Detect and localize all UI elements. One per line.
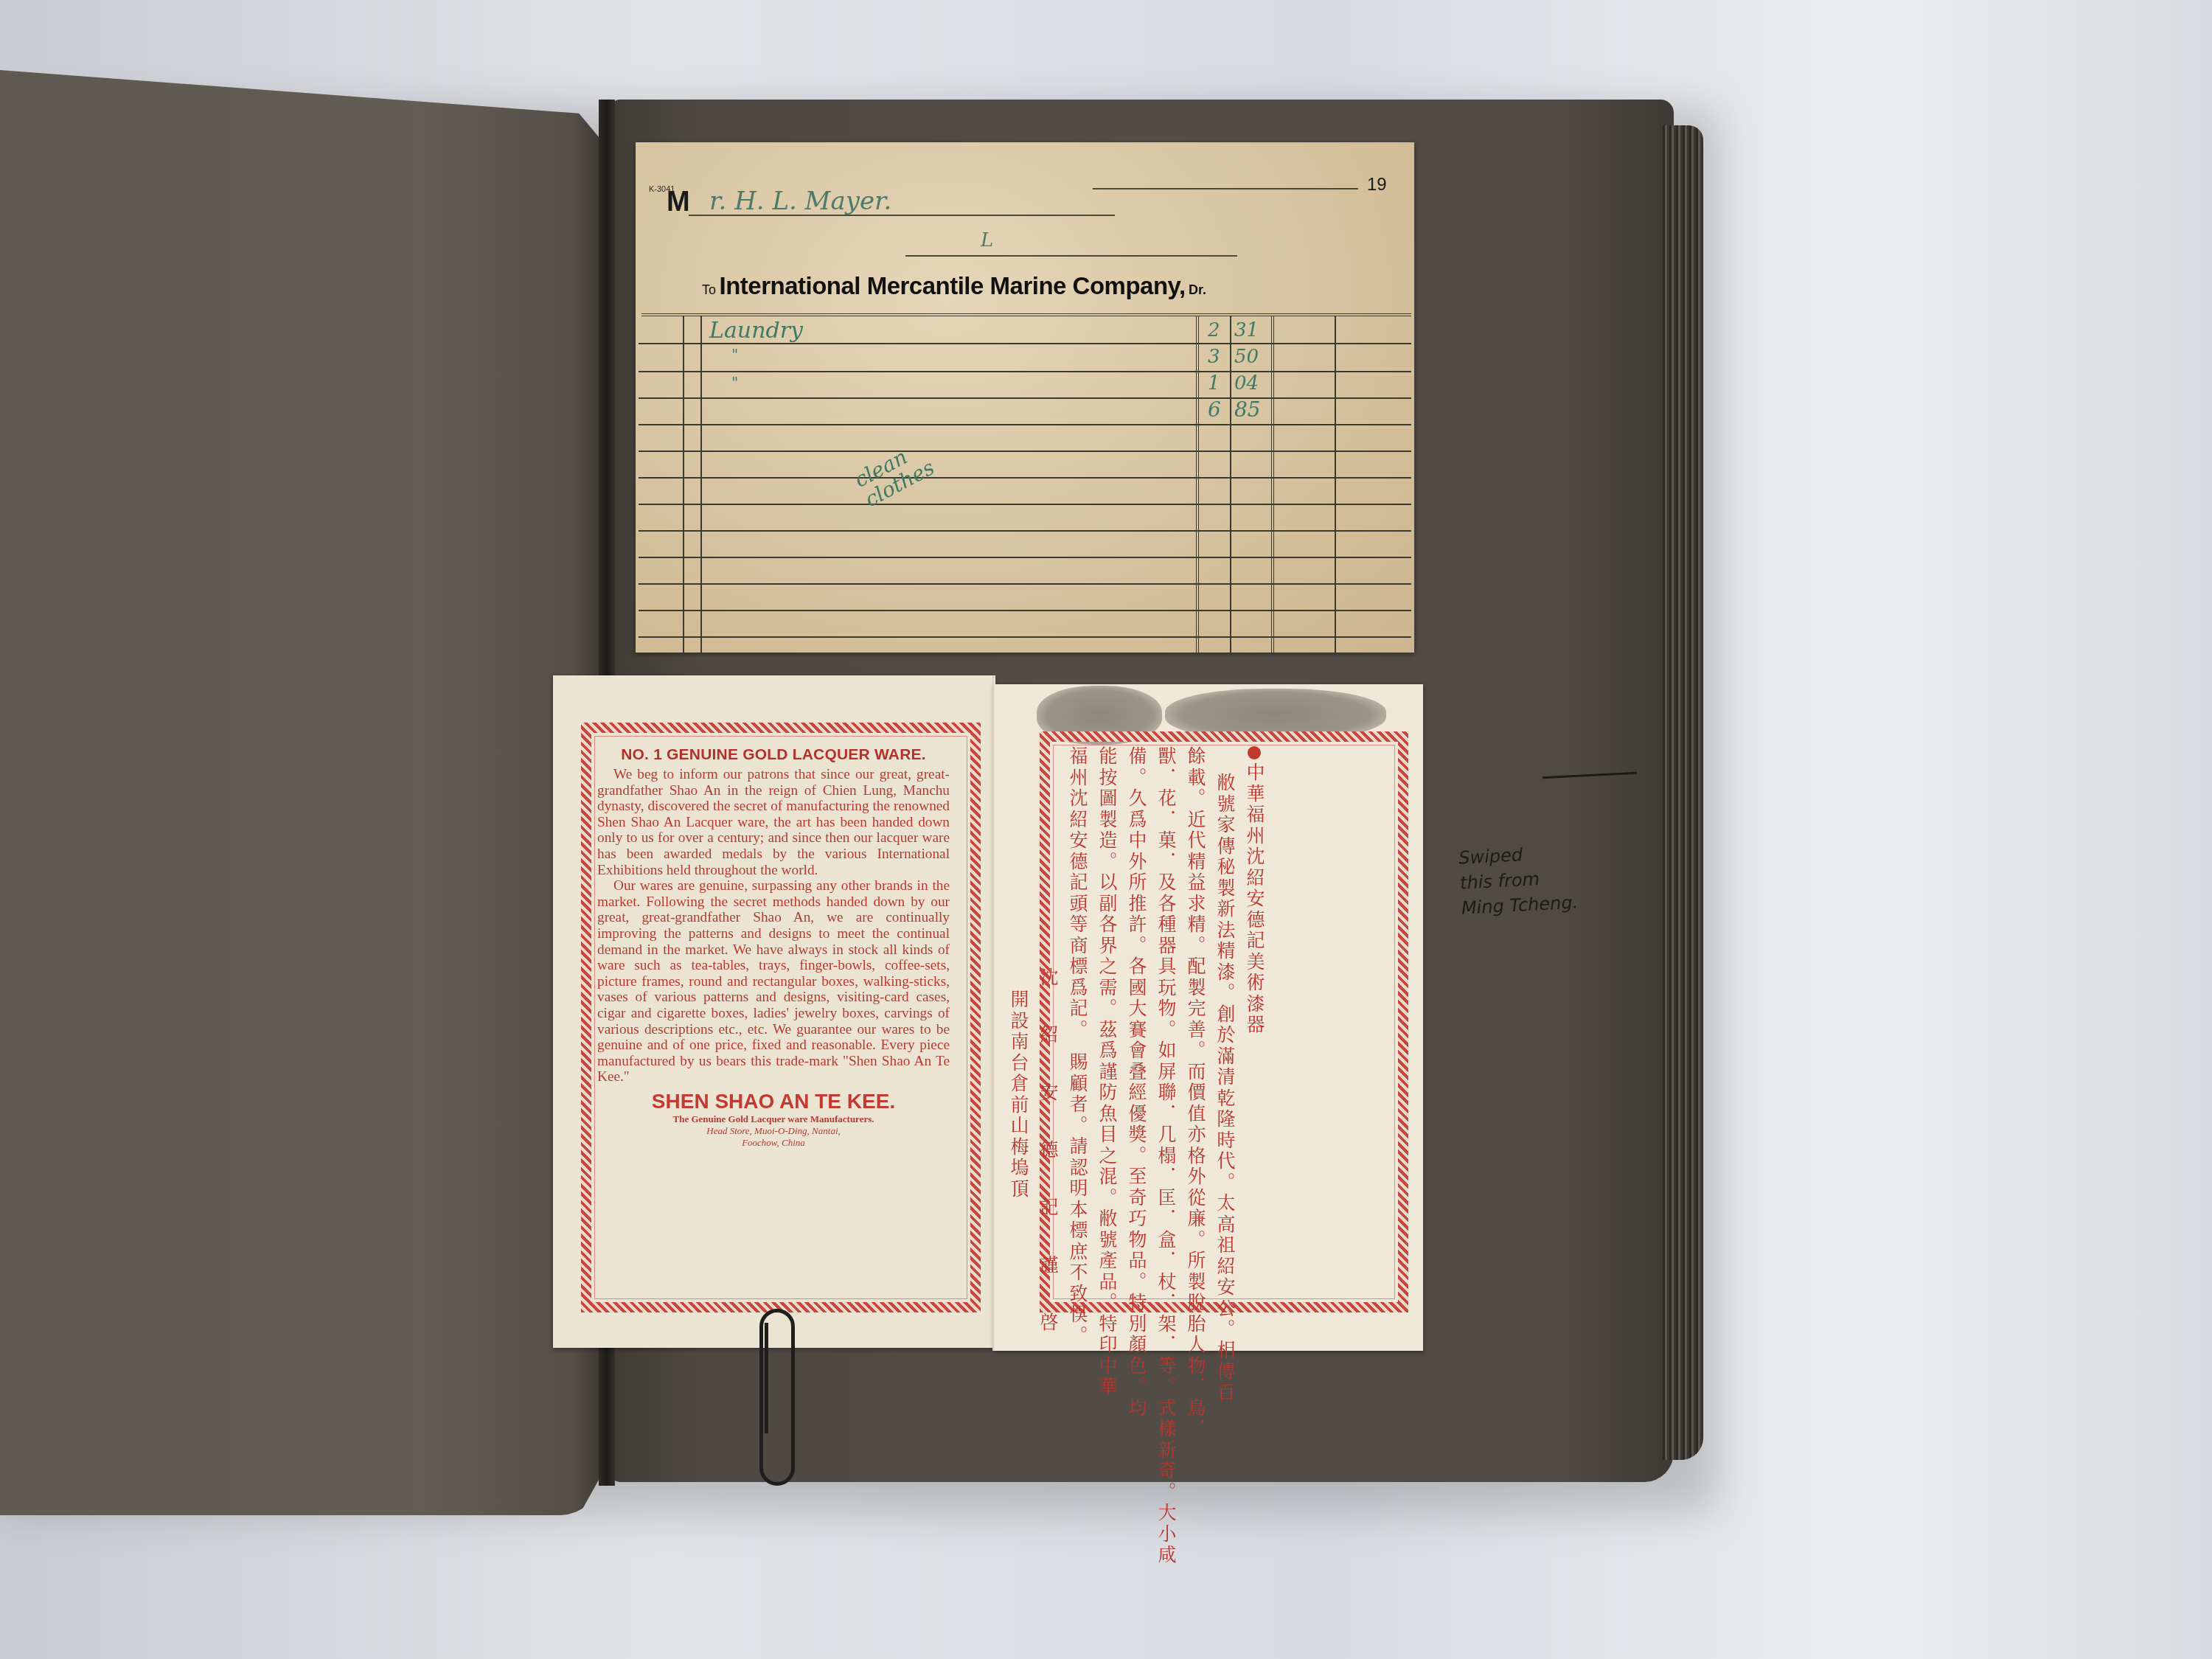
ledger-row-rule (639, 557, 1411, 558)
ledger-row-rule (639, 504, 1411, 505)
item-description: Laundry (709, 318, 803, 344)
margin-handwritten-note: Swiped this from Ming Tcheng. (1458, 835, 1654, 920)
company-name: International Mercantile Marine Company, (719, 272, 1185, 299)
chinese-columns: 中華福州沈紹安德記美術漆器 敝號家傳秘製新法精漆。創於滿清乾隆時代。太高祖紹安公… (1006, 746, 1267, 1292)
ledger-col-rule (700, 316, 702, 653)
item-description: " (731, 346, 738, 364)
chinese-copy: 中華福州沈紹安德記美術漆器 敝號家傳秘製新法精漆。創於滿清乾隆時代。太高祖紹安公… (596, 746, 1370, 1292)
item-dollars: 1 (1208, 372, 1220, 394)
ledger-top-rule (641, 313, 1411, 316)
ledger-row-rule (639, 477, 1411, 479)
total-dollars: 6 (1208, 397, 1221, 422)
chinese-column: 獸．花．菓．及各種器具玩物。如屏聯．几榻．匡．盒．杖．架．等。式樣新奇。大小咸 (1153, 746, 1178, 1292)
name-line (689, 215, 1115, 216)
total-cents: 85 (1234, 397, 1261, 422)
chinese-column: 能按圖製造。以副各界之需。茲爲謹防魚目之混。敝號產品。特印中華 (1094, 746, 1119, 1292)
date-suffix: 19 (1367, 175, 1387, 195)
chinese-column: 敝號家傳秘製新法精漆。創於滿清乾隆時代。太高祖紹安公。相傳百 (1212, 746, 1237, 1292)
item-cents: 04 (1234, 372, 1259, 394)
chinese-heading-column: 中華福州沈紹安德記美術漆器 (1242, 746, 1267, 1292)
m-label: M (667, 187, 690, 218)
column-text: 中華福州沈紹安德記美術漆器 (1244, 762, 1265, 1036)
ledger-row-rule (639, 583, 1411, 585)
ledger-row-rule (639, 371, 1411, 372)
ledger-col-rule (1196, 316, 1199, 653)
album-left-page (0, 70, 603, 1515)
dr-label: Dr. (1189, 282, 1206, 297)
item-description: " (731, 374, 738, 392)
ledger-col-rule (1230, 316, 1231, 653)
address-line (905, 255, 1237, 257)
item-cents: 50 (1234, 346, 1259, 368)
chinese-column: 備。久爲中外所推許。各國大賽會叠經優獎。至奇巧物品。特別顏色。均 (1124, 746, 1149, 1292)
ledger-row-rule (639, 530, 1411, 532)
chinese-address-column: 開設南台倉前山梅塢頂 (1006, 746, 1031, 1292)
item-dollars: 2 (1208, 319, 1220, 341)
item-dollars: 3 (1208, 346, 1220, 368)
ledger-col-rule (1271, 316, 1274, 653)
ledger-row-rule (639, 636, 1411, 638)
ledger-row-rule (639, 610, 1411, 611)
ledger-row-rule (639, 451, 1411, 452)
item-cents: 31 (1234, 319, 1259, 341)
address-handwritten: L (981, 229, 993, 251)
clean-clothes-note: clean clothes (851, 434, 943, 512)
album-page-edges (1663, 125, 1703, 1460)
customer-name-handwritten: r. H. L. Mayer. (709, 187, 891, 216)
company-heading: To International Mercantile Marine Compa… (702, 272, 1206, 300)
paperclip (759, 1309, 795, 1486)
to-label: To (702, 282, 716, 297)
ledger-row-rule (639, 397, 1411, 399)
laundry-receipt: K-3041 M r. H. L. Mayer. 19 L To Interna… (636, 142, 1414, 653)
ledger-row-rule (639, 424, 1411, 425)
ledger-col-rule (683, 316, 684, 653)
date-line (1093, 188, 1358, 189)
chinese-column: 餘載。近代精益求精。配製完善。而價值亦格外從廉。所製脫胎人物．鳥． (1183, 746, 1208, 1292)
chinese-signature-column: 沈 紹 安 德 記 謹 啓 (1035, 746, 1060, 1292)
ledger-col-rule (1335, 316, 1336, 653)
chinese-column: 福州沈紹安德記頭等商標爲記。 賜顧者。請認明本標庶不致悞。 (1065, 746, 1090, 1292)
ledger-table: Laundry 2 31 " 3 50 " 1 04 6 85 clean cl… (636, 313, 1414, 653)
seal-icon (1248, 746, 1261, 759)
